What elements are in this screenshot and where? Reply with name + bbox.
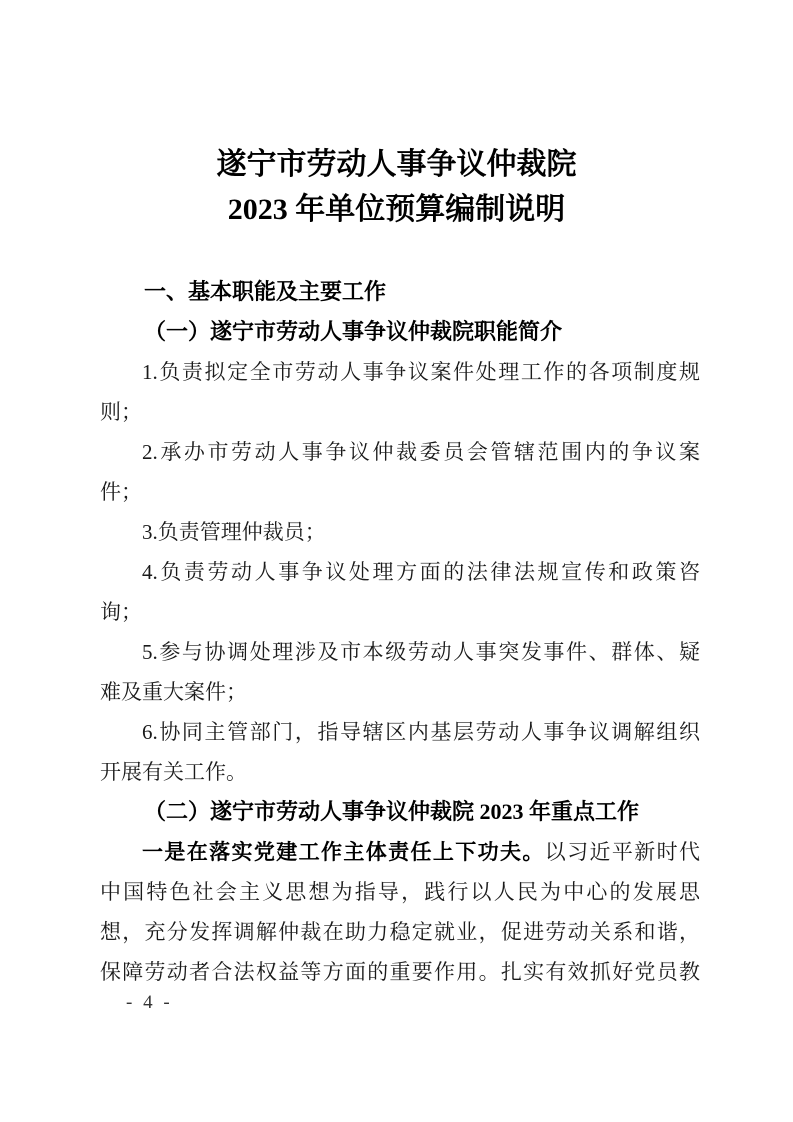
paragraph-duty-1-line-1: 1.负责拟定全市劳动人事争议案件处理工作的各项制度规 [100,352,700,392]
document-title: 遂宁市劳动人事争议仲裁院 2023 年单位预算编制说明 [0,142,793,232]
paragraph-keywork-line-2: 中国特色社会主义思想为指导，践行以人民为中心的发展思 [100,872,700,912]
heading-subsection-2: （二）遂宁市劳动人事争议仲裁院 2023 年重点工作 [100,792,700,832]
paragraph-duty-4-line-1: 4.负责劳动人事争议处理方面的法律法规宣传和政策咨 [100,552,700,592]
paragraph-keywork-line-4: 保障劳动者合法权益等方面的重要作用。扎实有效抓好党员教 [100,952,700,992]
page-number: - 4 - [126,992,173,1014]
paragraph-duty-1-line-2: 则； [100,392,700,432]
heading-section-1: 一、基本职能及主要工作 [100,272,700,312]
document-title-line-2: 2023 年单位预算编制说明 [0,187,793,232]
paragraph-keywork-line-1: 一是在落实党建工作主体责任上下功夫。以习近平新时代 [100,832,700,872]
paragraph-duty-6-line-2: 开展有关工作。 [100,752,700,792]
document-body: 一、基本职能及主要工作 （一）遂宁市劳动人事争议仲裁院职能简介 1.负责拟定全市… [100,272,700,992]
document-title-line-1: 遂宁市劳动人事争议仲裁院 [0,142,793,187]
paragraph-duty-3-line-1: 3.负责管理仲裁员； [100,512,700,552]
paragraph-keywork-line-1-rest: 以习近平新时代 [545,840,700,864]
heading-subsection-1: （一）遂宁市劳动人事争议仲裁院职能简介 [100,312,700,352]
document-page: 遂宁市劳动人事争议仲裁院 2023 年单位预算编制说明 一、基本职能及主要工作 … [0,0,793,1122]
paragraph-duty-2-line-1: 2.承办市劳动人事争议仲裁委员会管辖范围内的争议案 [100,432,700,472]
paragraph-duty-6-line-1: 6.协同主管部门，指导辖区内基层劳动人事争议调解组织 [100,712,700,752]
paragraph-keywork-line-3: 想，充分发挥调解仲裁在助力稳定就业，促进劳动关系和谐， [100,912,700,952]
paragraph-duty-5-line-2: 难及重大案件； [100,672,700,712]
paragraph-duty-2-line-2: 件； [100,472,700,512]
paragraph-duty-4-line-2: 询； [100,592,700,632]
paragraph-duty-5-line-1: 5.参与协调处理涉及市本级劳动人事突发事件、群体、疑 [100,632,700,672]
paragraph-keywork-lead-bold: 一是在落实党建工作主体责任上下功夫。 [142,840,545,864]
